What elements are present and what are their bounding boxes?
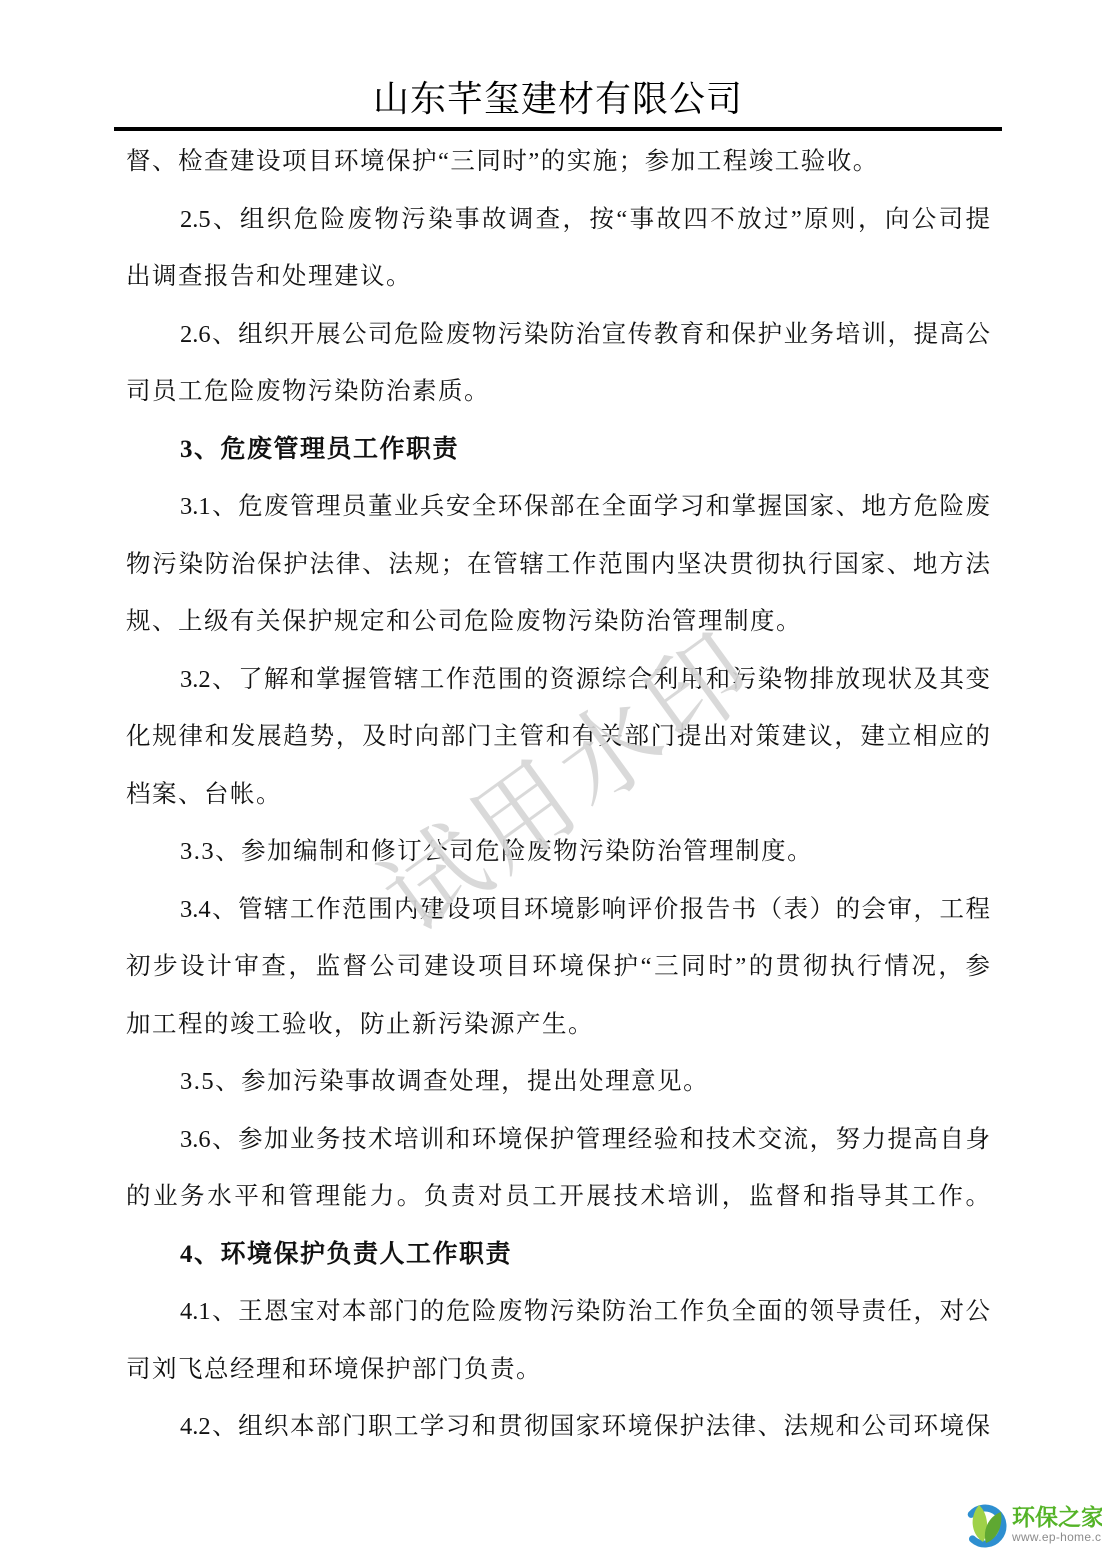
logo-site-name: 环保之家 bbox=[1012, 1505, 1102, 1530]
text-line: 规、上级有关保护规定和公司危险废物污染防治管理制度。 bbox=[126, 593, 990, 651]
text-line: 3.6、参加业务技术培训和环境保护管理经验和技术交流，努力提高自身 bbox=[126, 1111, 990, 1169]
company-title: 山东芊玺建材有限公司 bbox=[114, 78, 1002, 120]
text-line: 初步设计审查，监督公司建设项目环境保护“三同时”的贯彻执行情况，参 bbox=[126, 938, 990, 996]
text-line: 4.2、组织本部门职工学习和贯彻国家环境保护法律、法规和公司环境保 bbox=[126, 1398, 990, 1456]
text-line: 2.5、组织危险废物污染事故调查，按“事故四不放过”原则，向公司提 bbox=[126, 191, 990, 249]
text-line: 2.6、组织开展公司危险废物污染防治宣传教育和保护业务培训，提高公 bbox=[126, 306, 990, 364]
logo-site-url: www.ep-home.cn bbox=[1012, 1530, 1102, 1544]
text-line: 3.5、参加污染事故调查处理，提出处理意见。 bbox=[126, 1053, 990, 1111]
text-line: 督、检查建设项目环境保护“三同时”的实施；参加工程竣工验收。 bbox=[126, 133, 990, 191]
text-line: 出调查报告和处理建议。 bbox=[126, 248, 990, 306]
footer-logo: 环保之家 www.ep-home.cn bbox=[960, 1498, 1102, 1550]
text-line: 3.1、危废管理员董业兵安全环保部在全面学习和掌握国家、地方危险废 bbox=[126, 478, 990, 536]
text-line: 3.4、管辖工作范围内建设项目环境影响评价报告书（表）的会审，工程 bbox=[126, 881, 990, 939]
text-line: 物污染防治保护法律、法规；在管辖工作范围内坚决贯彻执行国家、地方法 bbox=[126, 536, 990, 594]
text-line: 档案、台帐。 bbox=[126, 766, 990, 824]
ep-home-leaf-icon bbox=[960, 1498, 1010, 1550]
text-line: 3.2、了解和掌握管辖工作范围的资源综合利用和污染物排放现状及其变 bbox=[126, 651, 990, 709]
text-line: 加工程的竣工验收，防止新污染源产生。 bbox=[126, 996, 990, 1054]
section-heading: 3、危废管理员工作职责 bbox=[126, 421, 990, 479]
section-heading: 4、环境保护负责人工作职责 bbox=[126, 1226, 990, 1284]
text-line: 化规律和发展趋势，及时向部门主管和有关部门提出对策建议，建立相应的 bbox=[126, 708, 990, 766]
text-line: 的业务水平和管理能力。负责对员工开展技术培训，监督和指导其工作。 bbox=[126, 1168, 990, 1226]
text-line: 司员工危险废物污染防治素质。 bbox=[126, 363, 990, 421]
text-line: 3.3、参加编制和修订公司危险废物污染防治管理制度。 bbox=[126, 823, 990, 881]
page: 山东芊玺建材有限公司 督、检查建设项目环境保护“三同时”的实施；参加工程竣工验收… bbox=[0, 0, 1102, 1559]
logo-text-block: 环保之家 www.ep-home.cn bbox=[1012, 1505, 1102, 1544]
text-line: 4.1、王恩宝对本部门的危险废物污染防治工作负全面的领导责任，对公 bbox=[126, 1283, 990, 1341]
text-line: 司刘飞总经理和环境保护部门负责。 bbox=[126, 1341, 990, 1399]
document-body: 督、检查建设项目环境保护“三同时”的实施；参加工程竣工验收。2.5、组织危险废物… bbox=[126, 133, 990, 1456]
header-rule bbox=[114, 127, 1002, 131]
